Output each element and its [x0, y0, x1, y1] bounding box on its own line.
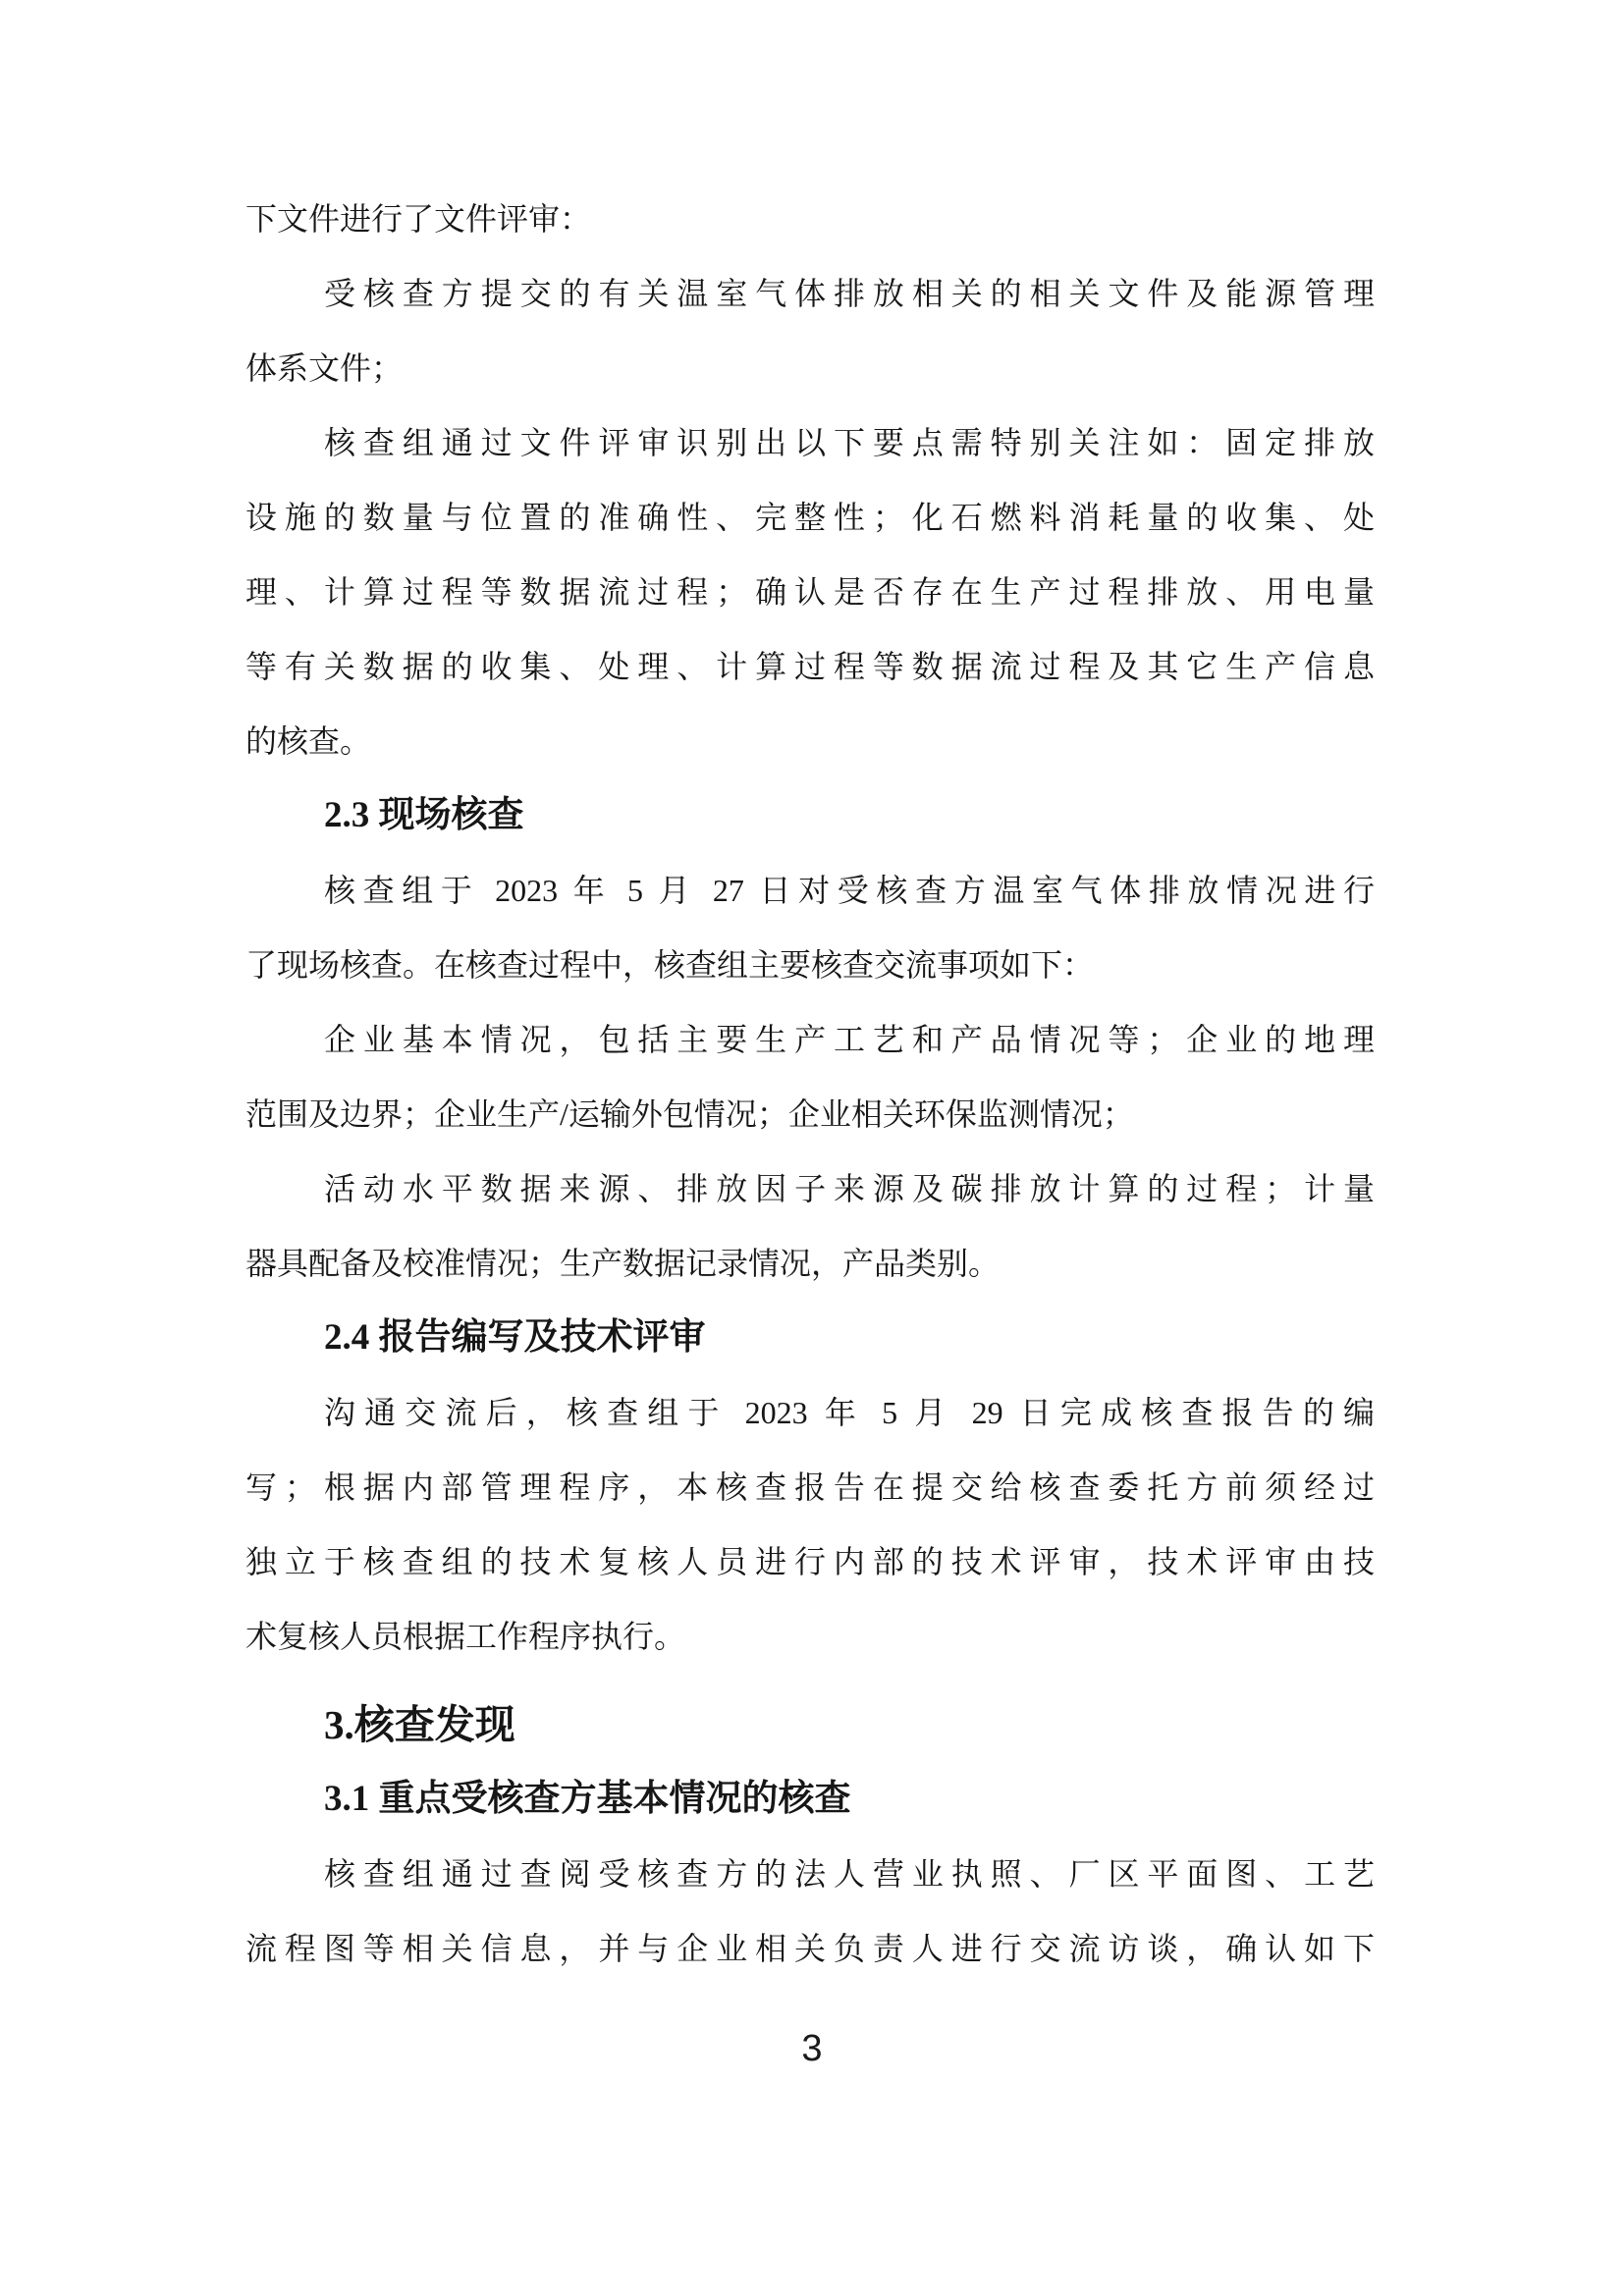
body-line: 核查组于 2023 年 5 月 27 日对受核查方温室气体排放情况进行 — [245, 853, 1375, 928]
body-line: 理、计算过程等数据流过程；确认是否存在生产过程排放、用电量 — [245, 555, 1375, 629]
body-line: 术复核人员根据工作程序执行。 — [245, 1599, 1375, 1674]
heading-2-3: 2.3 现场核查 — [245, 778, 1375, 853]
body-line: 企业基本情况，包括主要生产工艺和产品情况等；企业的地理 — [245, 1002, 1375, 1077]
body-line: 受核查方提交的有关温室气体排放相关的相关文件及能源管理 — [245, 256, 1375, 331]
body-line: 独立于核查组的技术复核人员进行内部的技术评审，技术评审由技 — [245, 1524, 1375, 1599]
body-line: 下文件进行了文件评审： — [245, 182, 1375, 256]
text-column: 下文件进行了文件评审： 受核查方提交的有关温室气体排放相关的相关文件及能源管理 … — [245, 182, 1375, 1986]
document-page: 下文件进行了文件评审： 受核查方提交的有关温室气体排放相关的相关文件及能源管理 … — [0, 0, 1624, 2296]
body-line: 核查组通过文件评审识别出以下要点需特别关注如：固定排放 — [245, 405, 1375, 480]
heading-2-4: 2.4 报告编写及技术评审 — [245, 1301, 1375, 1375]
body-line: 范围及边界；企业生产/运输外包情况；企业相关环保监测情况； — [245, 1077, 1375, 1151]
body-line: 了现场核查。在核查过程中，核查组主要核查交流事项如下： — [245, 928, 1375, 1002]
page-number: 3 — [0, 2028, 1624, 2070]
heading-3: 3.核查发现 — [245, 1687, 1375, 1762]
body-line: 等有关数据的收集、处理、计算过程等数据流过程及其它生产信息 — [245, 629, 1375, 704]
body-line: 流程图等相关信息，并与企业相关负责人进行交流访谈，确认如下 — [245, 1911, 1375, 1986]
body-line: 体系文件； — [245, 331, 1375, 405]
body-line: 写；根据内部管理程序，本核查报告在提交给核查委托方前须经过 — [245, 1450, 1375, 1524]
body-line: 器具配备及校准情况；生产数据记录情况，产品类别。 — [245, 1226, 1375, 1301]
body-line: 的核查。 — [245, 704, 1375, 778]
body-line: 设施的数量与位置的准确性、完整性；化石燃料消耗量的收集、处 — [245, 480, 1375, 555]
body-line: 活动水平数据来源、排放因子来源及碳排放计算的过程；计量 — [245, 1151, 1375, 1226]
body-line: 核查组通过查阅受核查方的法人营业执照、厂区平面图、工艺 — [245, 1837, 1375, 1911]
body-line: 沟通交流后，核查组于 2023 年 5 月 29 日完成核查报告的编 — [245, 1375, 1375, 1450]
heading-3-1: 3.1 重点受核查方基本情况的核查 — [245, 1762, 1375, 1837]
